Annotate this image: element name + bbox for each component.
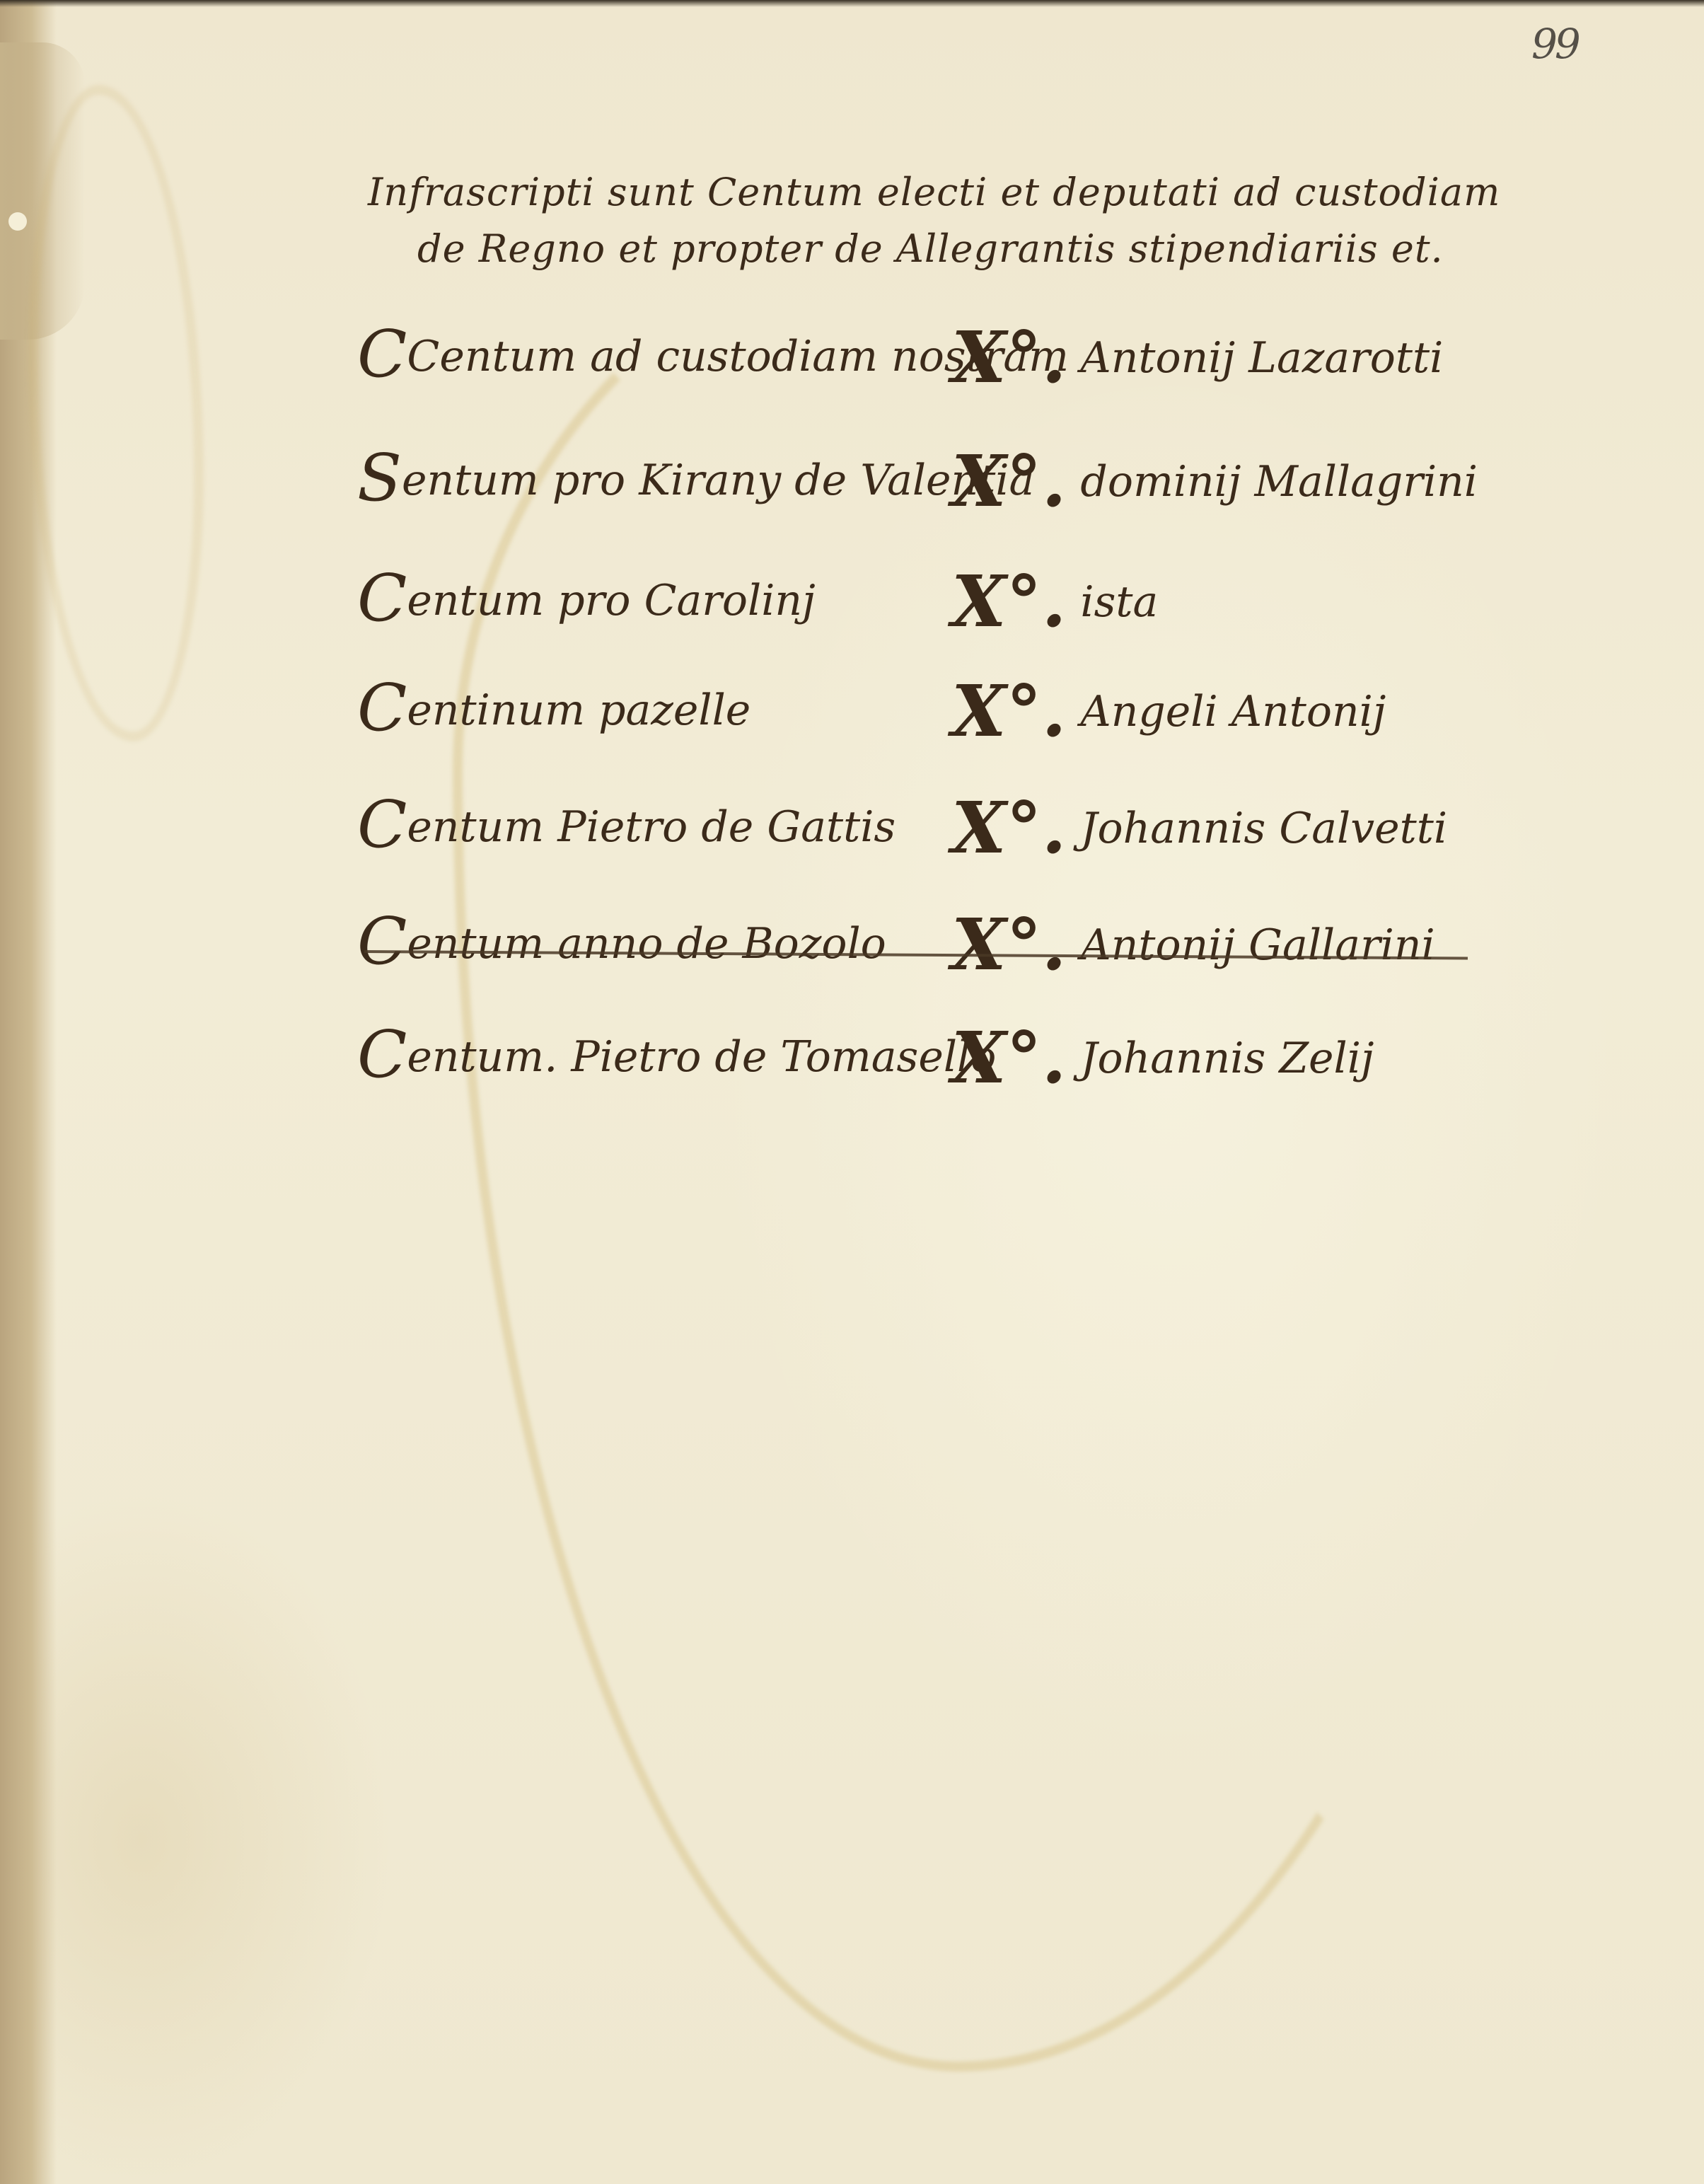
entry-right: X°.Antonij Gallarini	[951, 909, 1435, 980]
list-item: Centum. Pietro de Tomasello X°.Johannis …	[0, 1022, 1704, 1100]
entry-left: Centinum pazelle	[357, 676, 750, 741]
entry-marker: X°.	[951, 439, 1066, 523]
entry-initial: C	[357, 560, 407, 636]
entry-initial: C	[357, 787, 407, 862]
entry-left-text: entum Pietro de Gattis	[407, 802, 896, 852]
entry-marker: X°.	[951, 560, 1066, 643]
header-line-2: de Regno et propter de Allegrantis stipe…	[417, 226, 1444, 271]
entry-left: Sentum pro Kirany de Valentia	[357, 446, 1034, 511]
folio-number: 99	[1531, 20, 1578, 68]
entry-left-text: entum anno de Bozolo	[407, 919, 886, 969]
list-item: Centum Pietro de Gattis X°.Johannis Calv…	[0, 792, 1704, 870]
entry-left: Centum. Pietro de Tomasello	[357, 1022, 996, 1087]
list-item: Centinum pazelle X°.Angeli Antonij	[0, 676, 1704, 753]
list-item: CCentum ad custodiam nostram X°.Antonij …	[0, 322, 1704, 400]
entry-right-text: Johannis Calvetti	[1080, 804, 1447, 853]
entry-right-text: Antonij Lazarotti	[1080, 333, 1443, 383]
entry-initial: S	[357, 440, 402, 516]
entry-marker: X°.	[951, 669, 1066, 753]
entry-left-text: entinum pazelle	[407, 686, 750, 735]
entry-right-text: Angeli Antonij	[1080, 687, 1386, 736]
entry-right: X°.Johannis Calvetti	[951, 792, 1447, 863]
entry-right-text: dominij Mallagrini	[1080, 457, 1478, 507]
entry-right-text: Johannis Zelij	[1080, 1034, 1374, 1083]
entry-left-text: entum. Pietro de Tomasello	[407, 1032, 996, 1082]
entry-left: Centum anno de Bozolo	[357, 909, 886, 974]
entry-left: Centum pro Carolinj	[357, 566, 816, 631]
paper-spot	[8, 212, 27, 231]
entry-right: X°.ista	[951, 566, 1158, 637]
page-top-edge	[0, 0, 1704, 7]
entry-initial: C	[357, 1017, 407, 1092]
entry-right: X°.Angeli Antonij	[951, 676, 1386, 746]
entry-left-text: entum pro Carolinj	[407, 576, 815, 625]
entry-right-text: ista	[1080, 577, 1158, 627]
list-item-struck: Centum anno de Bozolo X°.Antonij Gallari…	[0, 909, 1704, 987]
entry-marker: X°.	[951, 786, 1066, 869]
entry-marker: X°.	[951, 1016, 1066, 1099]
entry-initial: C	[357, 316, 407, 392]
list-item: Centum pro Carolinj X°.ista	[0, 566, 1704, 644]
header-line-1: Infrascripti sunt Centum electi et deput…	[368, 170, 1500, 214]
entry-left-text: entum pro Kirany de Valentia	[402, 456, 1034, 505]
entry-marker: X°.	[951, 903, 1066, 986]
manuscript-page: 99 Infrascripti sunt Centum electi et de…	[0, 0, 1704, 2184]
list-item: Sentum pro Kirany de Valentia X°.dominij…	[0, 446, 1704, 524]
entry-right: X°.Antonij Lazarotti	[951, 322, 1443, 393]
entry-right: X°.dominij Mallagrini	[951, 446, 1478, 516]
entry-right-text: Antonij Gallarini	[1080, 920, 1435, 970]
entry-left: Centum Pietro de Gattis	[357, 792, 896, 857]
entry-initial: C	[357, 670, 407, 746]
entry-marker: X°.	[951, 316, 1066, 399]
entry-right: X°.Johannis Zelij	[951, 1022, 1374, 1093]
page-edge-foxing	[0, 42, 85, 340]
entry-initial: C	[357, 903, 407, 979]
